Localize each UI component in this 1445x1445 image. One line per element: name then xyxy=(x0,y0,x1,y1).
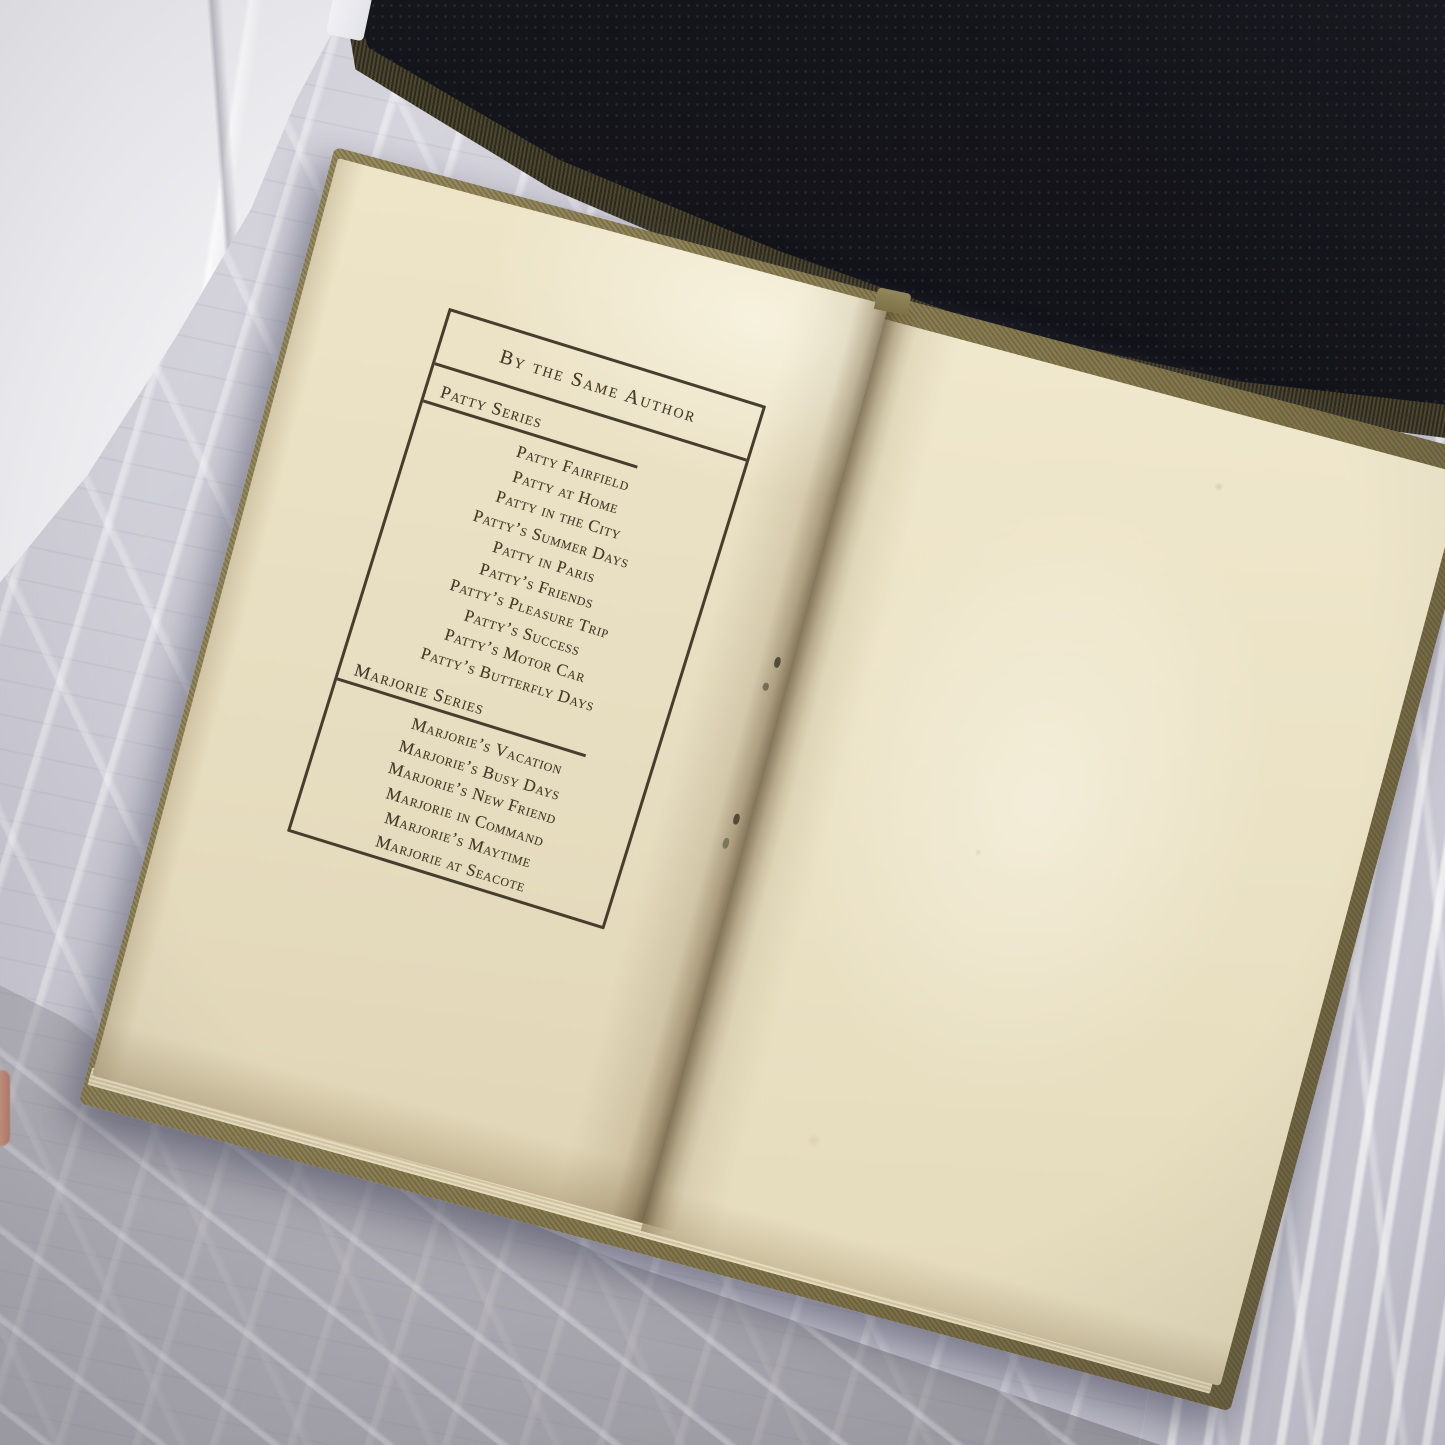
box-header: By the Same Author xyxy=(451,330,747,442)
finger-edge xyxy=(0,1070,10,1146)
author-box: By the Same Author Patty Series Patty Fa… xyxy=(287,308,766,930)
marjorie-title-list: Marjorie’s VacationMarjorie’s Busy DaysM… xyxy=(303,691,635,921)
photo-scene: By the Same Author Patty Series Patty Fa… xyxy=(0,0,1445,1445)
